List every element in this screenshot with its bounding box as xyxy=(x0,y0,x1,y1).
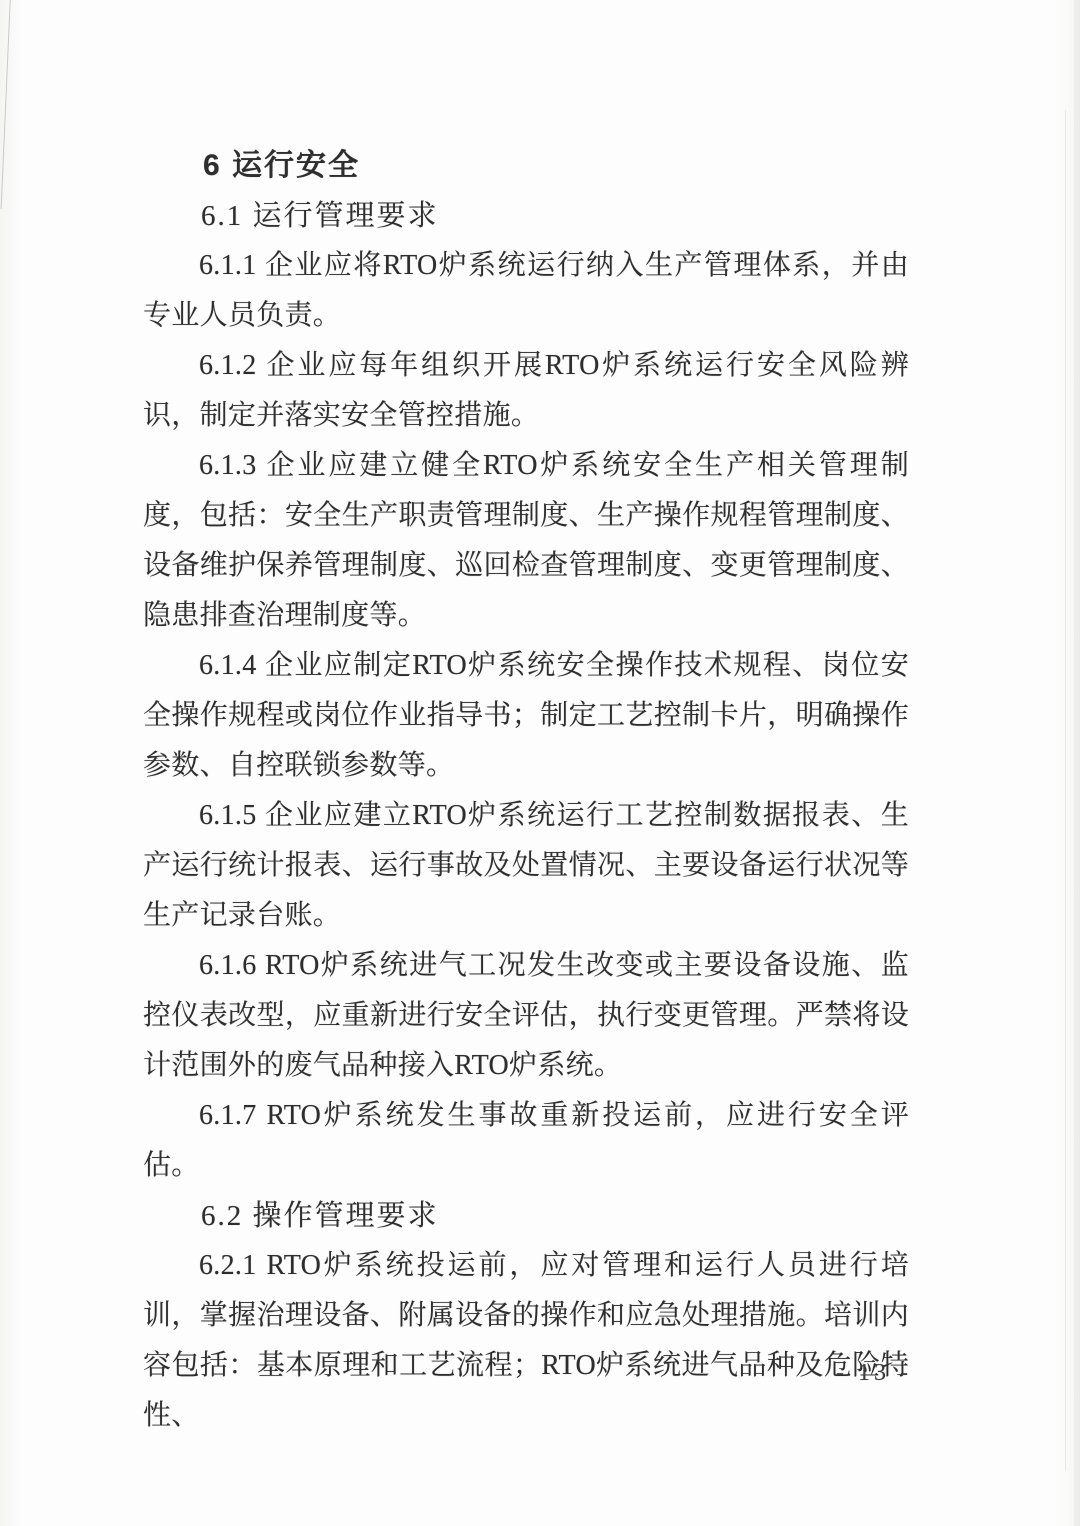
section-heading-6: 6 运行安全 xyxy=(143,141,909,191)
page-number: - 13 - xyxy=(836,1356,912,1390)
clause-6-1-4: 6.1.4 企业应制定RTO炉系统安全操作技术规程、岗位安全操作规程或岗位作业指… xyxy=(143,641,909,791)
clause-6-1-5: 6.1.5 企业应建立RTO炉系统运行工艺控制数据报表、生产运行统计报表、运行事… xyxy=(143,791,909,941)
clause-6-1-1: 6.1.1 企业应将RTO炉系统运行纳入生产管理体系，并由专业人员负责。 xyxy=(143,241,909,341)
clause-6-1-3: 6.1.3 企业应建立健全RTO炉系统安全生产相关管理制度，包括：安全生产职责管… xyxy=(143,441,909,641)
subsection-heading-6-1: 6.1 运行管理要求 xyxy=(143,191,909,241)
clause-6-1-7: 6.1.7 RTO炉系统发生事故重新投运前，应进行安全评估。 xyxy=(143,1091,909,1191)
clause-6-1-2: 6.1.2 企业应每年组织开展RTO炉系统运行安全风险辨识，制定并落实安全管控措… xyxy=(143,341,909,441)
scan-edge-artifact-right xyxy=(1065,110,1066,1470)
clause-6-2-1: 6.2.1 RTO炉系统投运前，应对管理和运行人员进行培训，掌握治理设备、附属设… xyxy=(143,1241,909,1441)
scan-edge-shading-right xyxy=(1074,0,1080,1526)
scan-edge-artifact-left xyxy=(1,0,11,209)
page-content: 6 运行安全 6.1 运行管理要求 6.1.1 企业应将RTO炉系统运行纳入生产… xyxy=(143,141,909,1441)
subsection-heading-6-2: 6.2 操作管理要求 xyxy=(143,1191,909,1241)
clause-6-1-6: 6.1.6 RTO炉系统进气工况发生改变或主要设备设施、监控仪表改型，应重新进行… xyxy=(143,941,909,1091)
document-page: 6 运行安全 6.1 运行管理要求 6.1.1 企业应将RTO炉系统运行纳入生产… xyxy=(0,0,1080,1526)
